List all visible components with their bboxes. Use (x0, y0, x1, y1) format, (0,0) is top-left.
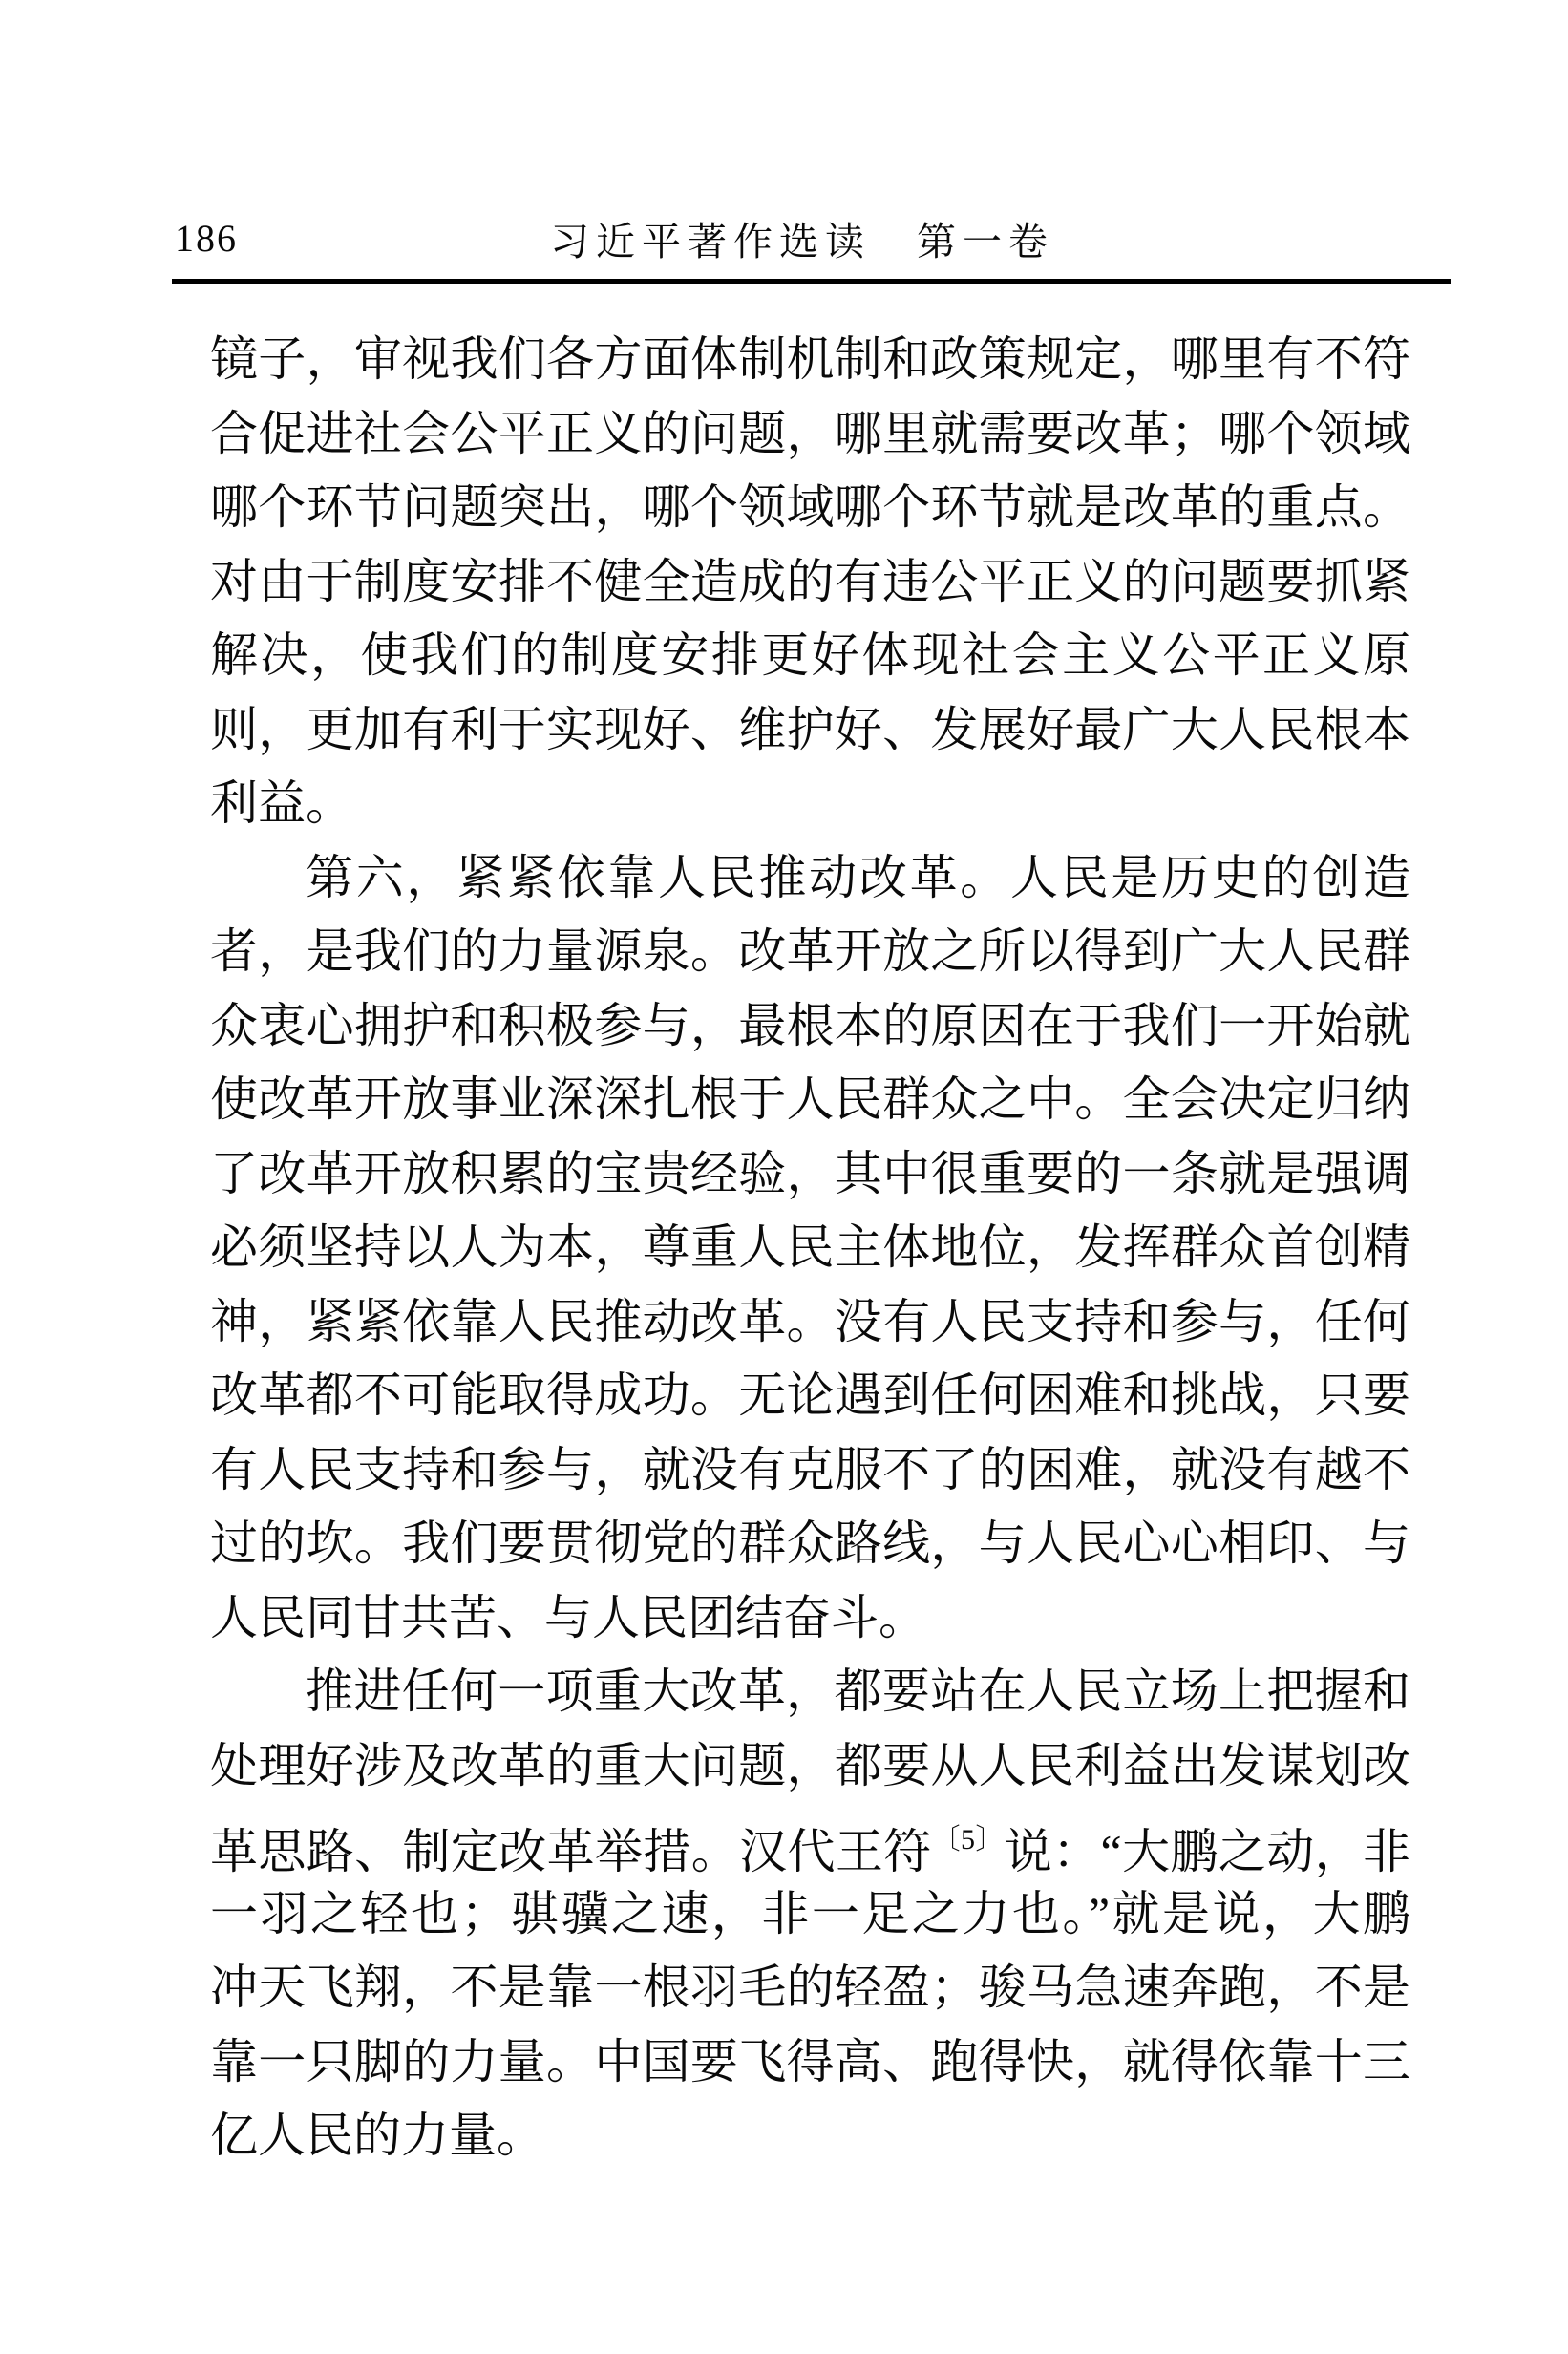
text-line: 冲天飞翔，不是靠一根羽毛的轻盈；骏马急速奔跑，不是 (210, 1951, 1410, 2025)
text-segment: 了改革开放积累的宝贵经验，其中很重要的一条就是强调 (210, 1147, 1410, 1200)
text-line: 众衷心拥护和积极参与，最根本的原因在于我们一开始就 (210, 989, 1410, 1064)
text-segment: 哪个环节问题突出，哪个领域哪个环节就是改革的重点。 (210, 480, 1410, 534)
text-segment: 神，紧紧依靠人民推动改革。没有人民支持和参与，任何 (210, 1295, 1410, 1348)
text-line: 亿人民的力量。 (210, 2099, 1410, 2174)
text-line: 过的坎。我们要贯彻党的群众路线，与人民心心相印、与 (210, 1507, 1410, 1581)
text-segment: 推进任何一项重大改革，都要站在人民立场上把握和 (306, 1665, 1410, 1718)
text-line: 革思路、制定改革举措。汉代王符〔5〕说：“大鹏之动，非 (210, 1803, 1410, 1877)
text-segment: 冲天飞翔，不是靠一根羽毛的轻盈；骏马急速奔跑，不是 (210, 1961, 1410, 2014)
text-segment: 有人民支持和参与，就没有克服不了的困难，就没有越不 (210, 1443, 1410, 1496)
header-rule-divider (172, 279, 1451, 284)
text-line: 了改革开放积累的宝贵经验，其中很重要的一条就是强调 (210, 1137, 1410, 1212)
text-segment: 人民同甘共苦、与人民团结奋斗。 (210, 1591, 926, 1644)
text-line: 哪个环节问题突出，哪个领域哪个环节就是改革的重点。 (210, 471, 1410, 545)
text-segment: 镜子，审视我们各方面体制机制和政策规定，哪里有不符 (210, 332, 1410, 386)
text-segment: 则，更加有利于实现好、维护好、发展好最广大人民根本 (210, 703, 1410, 756)
running-head-title: 习近平著作选读 第一卷 (550, 220, 1054, 264)
footnote-marker: 〔5〕 (932, 1824, 1005, 1856)
text-segment: 革思路、制定改革举措。汉代王符 (210, 1825, 932, 1878)
text-line: 利益。 (210, 767, 1410, 841)
text-segment: 第六，紧紧依靠人民推动改革。人民是历史的创造 (306, 851, 1410, 904)
text-line: 处理好涉及改革的重大问题，都要从人民利益出发谋划改 (210, 1729, 1410, 1804)
text-line: 对由于制度安排不健全造成的有违公平正义的问题要抓紧 (210, 545, 1410, 620)
text-segment: 者，是我们的力量源泉。改革开放之所以得到广大人民群 (210, 924, 1410, 978)
text-line: 人民同甘共苦、与人民团结奋斗。 (210, 1581, 1410, 1656)
text-segment: 对由于制度安排不健全造成的有违公平正义的问题要抓紧 (210, 555, 1410, 608)
text-line: 第六，紧紧依靠人民推动改革。人民是历史的创造 (210, 841, 1410, 916)
text-line: 有人民支持和参与，就没有克服不了的困难，就没有越不 (210, 1433, 1410, 1508)
text-line: 神，紧紧依靠人民推动改革。没有人民支持和参与，任何 (210, 1285, 1410, 1360)
body-text: 镜子，审视我们各方面体制机制和政策规定，哪里有不符合促进社会公平正义的问题，哪里… (210, 323, 1410, 2174)
text-line: 则，更加有利于实现好、维护好、发展好最广大人民根本 (210, 693, 1410, 768)
text-line: 推进任何一项重大改革，都要站在人民立场上把握和 (210, 1655, 1410, 1729)
text-segment: 众衷心拥护和积极参与，最根本的原因在于我们一开始就 (210, 999, 1410, 1052)
text-segment: 必须坚持以人为本，尊重人民主体地位，发挥群众首创精 (210, 1220, 1410, 1274)
text-line: 靠一只脚的力量。中国要飞得高、跑得快，就得依靠十三 (210, 2025, 1410, 2100)
text-line: 使改革开放事业深深扎根于人民群众之中。全会决定归纳 (210, 1063, 1410, 1137)
text-segment: 利益。 (210, 776, 353, 830)
book-page: 186 习近平著作选读 第一卷 镜子，审视我们各方面体制机制和政策规定，哪里有不… (0, 0, 1568, 2354)
text-segment: 靠一只脚的力量。中国要飞得高、跑得快，就得依靠十三 (210, 2035, 1410, 2089)
text-line: 合促进社会公平正义的问题，哪里就需要改革；哪个领域 (210, 397, 1410, 472)
text-segment: 亿人民的力量。 (210, 2109, 544, 2162)
text-line: 者，是我们的力量源泉。改革开放之所以得到广大人民群 (210, 915, 1410, 989)
text-segment: 处理好涉及改革的重大问题，都要从人民利益出发谋划改 (210, 1739, 1410, 1792)
text-segment: 过的坎。我们要贯彻党的群众路线，与人民心心相印、与 (210, 1516, 1410, 1570)
text-line: 镜子，审视我们各方面体制机制和政策规定，哪里有不符 (210, 323, 1410, 397)
text-segment: 使改革开放事业深深扎根于人民群众之中。全会决定归纳 (210, 1072, 1410, 1126)
page-number: 186 (175, 218, 238, 260)
text-line: 一羽之轻也；骐骥之速，非一足之力也。”就是说，大鹏 (210, 1877, 1410, 1952)
text-segment: 解决，使我们的制度安排更好体现社会主义公平正义原 (210, 628, 1410, 682)
text-segment: 一羽之轻也；骐骥之速，非一足之力也。”就是说，大鹏 (210, 1887, 1410, 1940)
text-line: 解决，使我们的制度安排更好体现社会主义公平正义原 (210, 619, 1410, 693)
text-segment: 改革都不可能取得成功。无论遇到任何困难和挑战，只要 (210, 1368, 1410, 1422)
text-segment: 合促进社会公平正义的问题，哪里就需要改革；哪个领域 (210, 407, 1410, 460)
text-line: 必须坚持以人为本，尊重人民主体地位，发挥群众首创精 (210, 1211, 1410, 1285)
text-segment: 说：“大鹏之动，非 (1005, 1825, 1410, 1878)
text-line: 改革都不可能取得成功。无论遇到任何困难和挑战，只要 (210, 1359, 1410, 1433)
